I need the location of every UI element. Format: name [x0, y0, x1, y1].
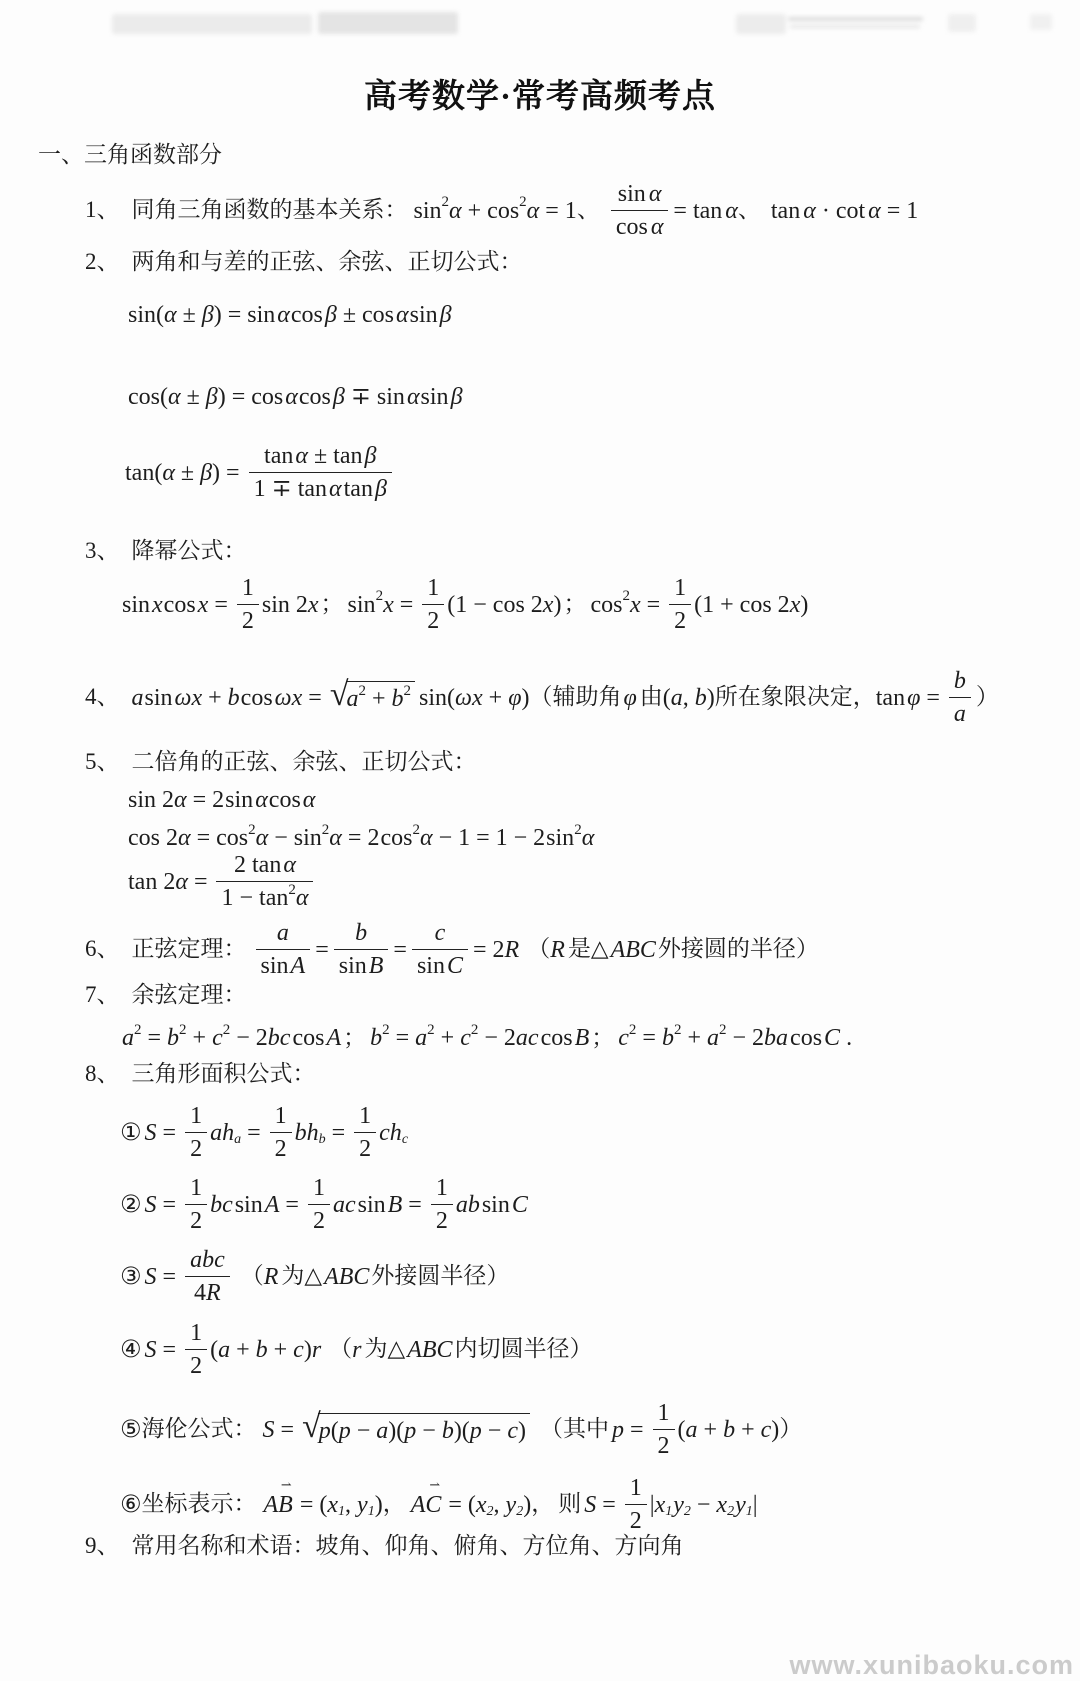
- fraction: 12: [185, 1174, 207, 1236]
- fraction: abc4R: [185, 1246, 230, 1308]
- formula-law-of-cosines: a2 = b2 + c2 − 2bccosA；b2 = a2 + c2 − 2a…: [122, 1023, 852, 1053]
- vector: ⇀AB: [264, 1490, 293, 1520]
- fraction: 12: [185, 1319, 207, 1381]
- item-2-sum-difference-label: 2、两角和与差的正弦、余弦、正切公式：: [85, 248, 523, 277]
- watermark: www.xunibaoku.com: [789, 1650, 1074, 1681]
- formula-area-coordinates: ⑥坐标表示：⇀AB = (x1, y1)，⇀AC = (x2, y2)，则S =…: [120, 1474, 758, 1536]
- fraction: 12: [354, 1102, 376, 1164]
- item-4-auxiliary-angle: 4、asinωx + bcosωx = √a2 + b2sin(ωx + φ)（…: [85, 667, 999, 729]
- formula-power-reduction: sinxcosx = 12sin 2x；sin2x = 12(1 − cos 2…: [122, 574, 808, 636]
- fraction: 12: [270, 1102, 292, 1164]
- faded-header-artifact: [790, 25, 920, 28]
- faded-header-artifact: [948, 14, 976, 32]
- item-3-power-reduction-label: 3、降幂公式：: [85, 537, 247, 566]
- radical: √p(p − a)(p − b)(p − c): [302, 1413, 530, 1447]
- vector: ⇀AC: [411, 1490, 442, 1520]
- item-5-double-angle-label: 5、二倍角的正弦、余弦、正切公式：: [85, 748, 477, 777]
- section-1-heading: 一、三角函数部分: [38, 141, 222, 170]
- fraction: 2 tanα1 − tan2α: [216, 851, 313, 913]
- document-page: 高考数学·常考高频考点 一、三角函数部分1、同角三角函数的基本关系：sin2α …: [0, 0, 1080, 1681]
- faded-header-artifact: [788, 17, 923, 21]
- formula-sin-sum-difference: sin(α ± β) = sinαcosβ ± cosαsinβ: [128, 300, 452, 330]
- item-6-law-of-sines: 6、正弦定理：asinA=bsinB=csinC= 2R（R是△ABC外接圆的半…: [85, 919, 819, 981]
- radical: √a2 + b2: [330, 681, 415, 715]
- formula-area-circumradius: ③S = abc4R（R为△ABC外接圆半径）: [120, 1246, 509, 1308]
- faded-header-artifact: [1030, 14, 1052, 30]
- formula-cos-sum-difference: cos(α ± β) = cosαcosβ ∓ sinαsinβ: [128, 382, 463, 412]
- item-7-law-of-cosines-label: 7、余弦定理：: [85, 981, 247, 1010]
- item-9-common-terms: 9、常用名称和术语：坡角、仰角、俯角、方位角、方向角: [85, 1532, 684, 1561]
- fraction: 12: [422, 574, 444, 636]
- fraction: 12: [653, 1399, 675, 1461]
- fraction: bsinB: [334, 919, 389, 981]
- item-1-same-angle-relations: 1、同角三角函数的基本关系：sin2α + cos2α = 1、sinαcosα…: [85, 180, 918, 242]
- formula-cos-double-angle: cos 2α = cos2α − sin2α = 2cos2α − 1 = 1 …: [128, 823, 594, 853]
- faded-header-artifact: [112, 14, 312, 34]
- formula-tan-double-angle: tan 2α = 2 tanα1 − tan2α: [128, 851, 316, 913]
- fraction: 12: [431, 1174, 453, 1236]
- formula-area-inradius: ④S = 12(a + b + c)r（r为△ABC内切圆半径）: [120, 1319, 593, 1381]
- fraction: 12: [237, 574, 259, 636]
- page-title: 高考数学·常考高频考点: [0, 70, 1080, 117]
- item-8-triangle-area-label: 8、三角形面积公式：: [85, 1060, 316, 1089]
- fraction: 12: [308, 1174, 330, 1236]
- fraction: 12: [669, 574, 691, 636]
- fraction: 12: [625, 1474, 647, 1536]
- fraction: tanα ± tanβ1 ∓ tanαtanβ: [249, 442, 392, 504]
- formula-sin-double-angle: sin 2α = 2sinαcosα: [128, 785, 315, 815]
- formula-tan-sum-difference: tan(α ± β) = tanα ± tanβ1 ∓ tanαtanβ: [125, 442, 395, 504]
- formula-area-heron: ⑤海伦公式：S = √p(p − a)(p − b)(p − c)（其中p = …: [120, 1399, 802, 1461]
- fraction: asinA: [256, 919, 311, 981]
- fraction: sinαcosα: [611, 180, 669, 242]
- formula-area-base-height: ①S = 12aha = 12bhb = 12chc: [120, 1102, 408, 1164]
- fraction: ba: [949, 667, 971, 729]
- fraction: csinC: [412, 919, 468, 981]
- faded-header-artifact: [318, 12, 458, 34]
- fraction: 12: [185, 1102, 207, 1164]
- formula-area-two-sides-sine: ②S = 12bcsinA = 12acsinB = 12absinC: [120, 1174, 528, 1236]
- faded-header-artifact: [736, 14, 786, 34]
